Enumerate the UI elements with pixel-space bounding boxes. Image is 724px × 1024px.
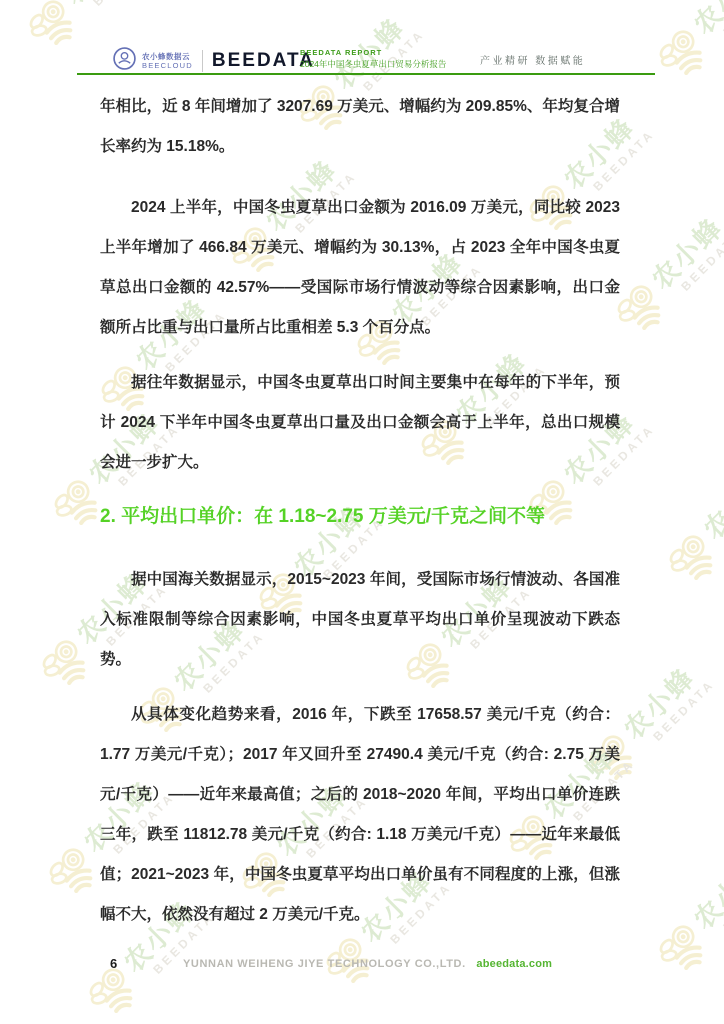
watermark-cn-text: 农小蜂 (699, 457, 724, 544)
watermark-unit: 农小蜂BEEDATA (649, 0, 724, 89)
document-body: 年相比，近 8 年间增加了 3207.69 万美元、增幅约为 209.85%、年… (100, 87, 620, 935)
watermark-unit: 农小蜂BEEDATA (607, 203, 724, 344)
watermark-en-text: BEEDATA (651, 677, 717, 743)
watermark-cn-text: 农小蜂 (619, 657, 706, 744)
bee-icon (659, 523, 724, 594)
watermark-cn-text: 农小蜂 (689, 0, 724, 39)
company-name: YUNNAN WEIHENG JIYE TECHNOLOGY CO.,LTD. (183, 958, 466, 970)
header-rule (77, 73, 655, 75)
watermark-en-text: BEEDATA (91, 0, 157, 8)
paragraph-3: 据往年数据显示，中国冬虫夏草出口时间主要集中在每年的下半年，预计 2024 下半… (100, 363, 620, 483)
bee-icon (32, 628, 103, 699)
section-heading-2: 2. 平均出口单价：在 1.18~2.75 万美元/千克之间不等 (100, 497, 620, 537)
document-page: 农小蜂BEEDATA 农小蜂BEEDATA 农小蜂BEEDATA 农小蜂BEED… (0, 0, 724, 1024)
paragraph-2: 2024 上半年，中国冬虫夏草出口金额为 2016.09 万美元，同比较 202… (100, 188, 620, 348)
header-slogan: 产业精研 数据赋能 (480, 52, 585, 67)
paragraph-1: 年相比，近 8 年间增加了 3207.69 万美元、增幅约为 209.85%、年… (100, 87, 620, 167)
bee-cloud-logo-icon (112, 46, 137, 76)
footer-text: YUNNAN WEIHENG JIYE TECHNOLOGY CO.,LTD. … (183, 958, 552, 970)
watermark-cn-text: 农小蜂 (59, 0, 146, 9)
report-label: BEEDATA REPORT (300, 47, 446, 58)
report-title-group: BEEDATA REPORT 2024年中国冬虫夏草出口贸易分析报告 (300, 47, 446, 71)
bee-icon (649, 18, 720, 89)
watermark-cn-text: 农小蜂 (647, 207, 724, 294)
report-title: 2024年中国冬虫夏草出口贸易分析报告 (300, 58, 446, 71)
logo-divider (202, 50, 203, 72)
logo-line2: BEECLOUD (142, 61, 193, 70)
paragraph-4: 据中国海关数据显示，2015~2023 年间，受国际市场行情波动、各国准入标准限… (100, 560, 620, 680)
watermark-cn-text: 农小蜂 (689, 847, 724, 934)
watermark-en-text: BEEDATA (679, 227, 724, 293)
logo-line1: 农小蜂数据云 (142, 52, 193, 61)
website-link[interactable]: abeedata.com (476, 958, 552, 970)
logo-group: 农小蜂数据云 BEECLOUD BEEDATA (112, 46, 315, 76)
page-footer: 6 YUNNAN WEIHENG JIYE TECHNOLOGY CO.,LTD… (0, 948, 724, 988)
watermark-unit: 农小蜂BEEDATA (659, 453, 724, 594)
bee-icon (19, 0, 90, 59)
logo-text: 农小蜂数据云 BEECLOUD (142, 52, 193, 71)
paragraph-5: 从具体变化趋势来看，2016 年，下跌至 17658.57 美元/千克（约合：1… (100, 695, 620, 935)
page-number: 6 (110, 956, 117, 971)
